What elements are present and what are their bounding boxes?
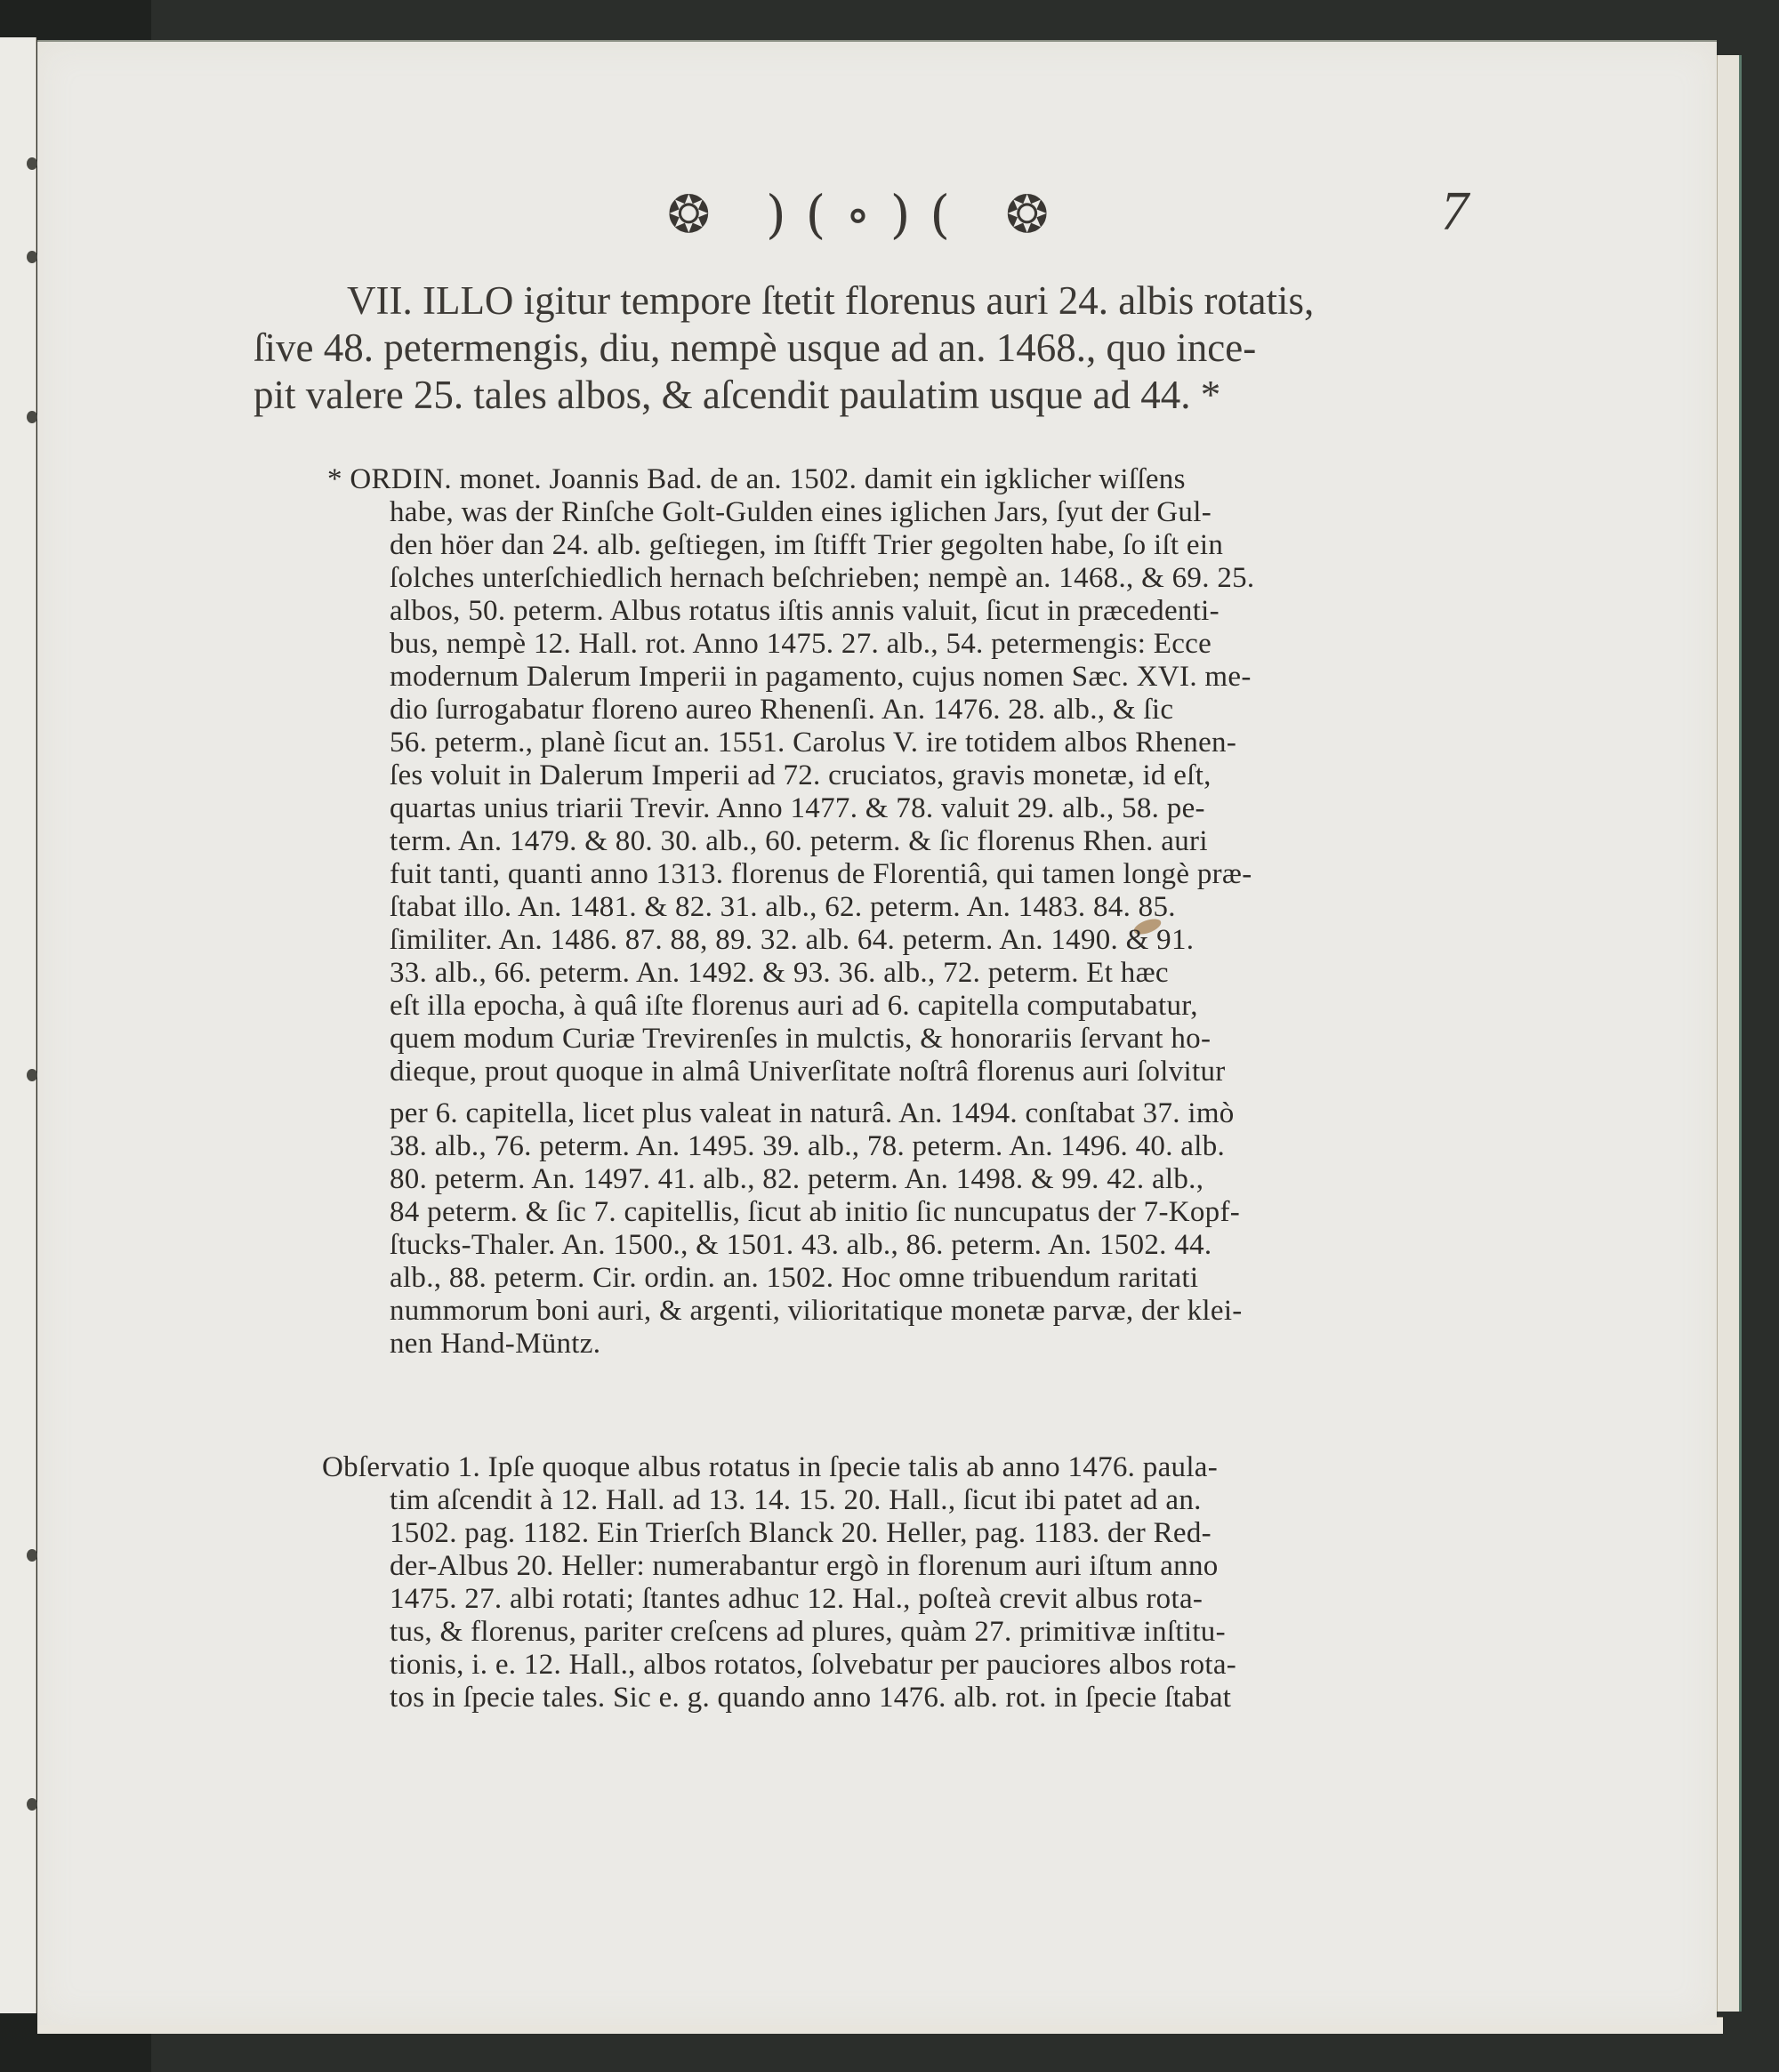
running-head: ❂ )(∘)( ❂ 7 xyxy=(667,184,1557,255)
page-stack-edge xyxy=(1717,55,1742,2012)
footnote-line: dieque, prout quoque in almâ Univerſitat… xyxy=(390,1049,1226,1094)
left-page-edge xyxy=(0,37,36,2013)
binding-stitch xyxy=(27,1069,37,1081)
footnote-line: nen Hand-Müntz. xyxy=(390,1321,600,1366)
binding-stitch xyxy=(27,1549,37,1562)
text-line: VII. ILLO igitur tempore ſtetit florenus… xyxy=(347,278,1314,323)
header-ornament: ❂ )(∘)( ❂ xyxy=(667,184,1068,245)
binding-stitch xyxy=(27,1798,37,1811)
page-number: 7 xyxy=(1441,181,1469,244)
text-line: ſive 48. petermengis, diu, nempè usque a… xyxy=(254,325,1256,370)
observatio-line: tos in ſpecie tales. Sic e. g. quando an… xyxy=(390,1675,1231,1720)
text-line: pit valere 25. tales albos, & aſcendit p… xyxy=(254,373,1220,417)
binding-stitch xyxy=(27,411,37,423)
binding-stitch xyxy=(27,157,37,170)
binding-stitch xyxy=(27,251,37,263)
